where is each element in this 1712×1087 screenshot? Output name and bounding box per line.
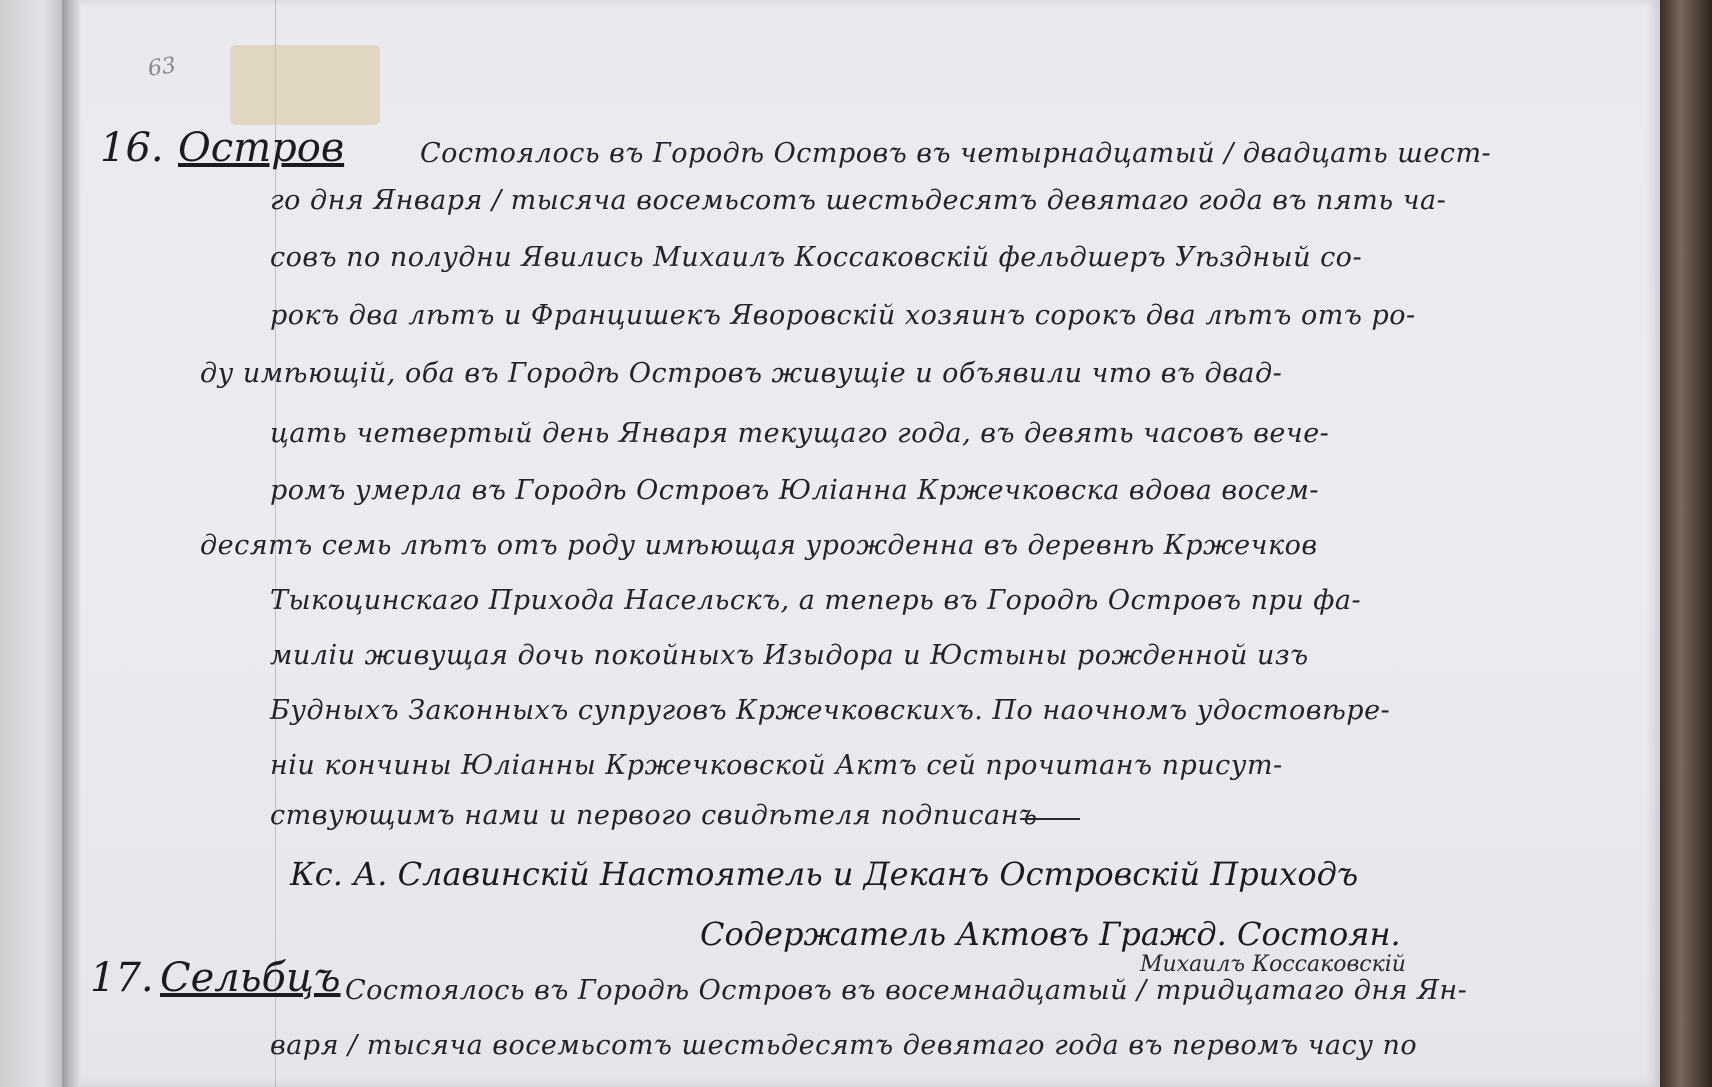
entry-place: Остров: [178, 125, 344, 171]
entry-line: совъ по полудни Явились Михаилъ Коссаков…: [270, 242, 1362, 273]
entry-line: Состоялось въ Городѣ Островъ въ восемнад…: [345, 975, 1467, 1006]
entry-line: ду имѣющій, оба въ Городѣ Островъ живущі…: [200, 358, 1282, 389]
line-end-dash: [1020, 818, 1080, 820]
entry-place: Сельбцъ: [160, 955, 341, 1001]
archive-stamp: [230, 45, 380, 125]
entry-line: Тыкоцинскаго Прихода Насельскъ, а теперь…: [270, 585, 1361, 616]
signature-registrar: Содержатель Актовъ Гражд. Состоян.: [700, 915, 1401, 953]
page-number: 63: [146, 53, 177, 82]
entry-line: цать четвертый день Января текущаго года…: [270, 418, 1329, 449]
entry-line: варя / тысяча восемьсотъ шестьдесятъ дев…: [270, 1030, 1417, 1061]
right-page-edge: [1660, 0, 1712, 1087]
entry-line: рокъ два лѣтъ и Францишекъ Яворовскій хо…: [270, 300, 1416, 331]
signature-priest: Кс. А. Славинскій Настоятель и Деканъ Ос…: [290, 855, 1358, 893]
entry-line: го дня Января / тысяча восемьсотъ шестьд…: [270, 185, 1446, 216]
entry-line: Состоялось въ Городѣ Островъ въ четырнад…: [420, 138, 1491, 169]
entry-line: ромъ умерла въ Городѣ Островъ Юліанна Кр…: [270, 475, 1319, 506]
entry-line: десятъ семь лѣтъ отъ роду имѣющая урожде…: [200, 530, 1318, 561]
entry-line: миліи живущая дочь покойныхъ Изыдора и Ю…: [270, 640, 1309, 671]
entry-line: ніи кончины Юліанны Кржечковской Актъ се…: [270, 750, 1283, 781]
entry-line: Будныхъ Законныхъ супруговъ Кржечковских…: [270, 695, 1390, 726]
signature-witness: Михаилъ Коссаковскій: [1140, 952, 1406, 977]
entry-line: ствующимъ нами и первого свидѣтеля подпи…: [270, 800, 1038, 831]
entry-number: 17.: [90, 955, 154, 1001]
entry-number: 16.: [100, 125, 164, 171]
left-page-edge: [0, 0, 70, 1087]
